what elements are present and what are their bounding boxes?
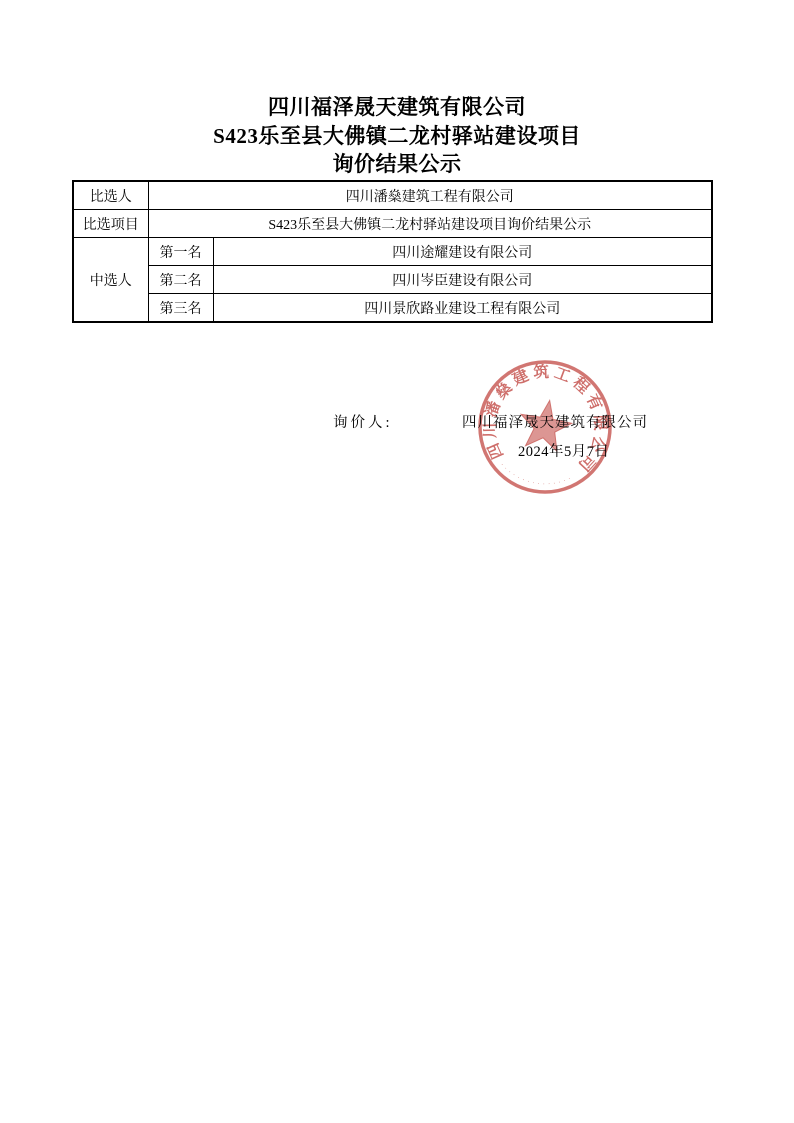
seal-star-icon bbox=[516, 396, 575, 453]
title-line-notice: 询价结果公示 bbox=[0, 150, 794, 179]
table-row-project: 比选项目 S423乐至县大佛镇二龙村驿站建设项目询价结果公示 bbox=[73, 210, 712, 238]
document-page: 四川福泽晟天建筑有限公司 S423乐至县大佛镇二龙村驿站建设项目 询价结果公示 … bbox=[0, 0, 794, 1123]
rank-1-company-cell: 四川途耀建设有限公司 bbox=[213, 238, 712, 266]
table-row-winner-3: 第三名 四川景欣路业建设工程有限公司 bbox=[73, 294, 712, 323]
company-seal: 四川潘燊建筑工程有限公司 ··············· bbox=[470, 352, 620, 502]
table-row-winner-1: 中选人 第一名 四川途耀建设有限公司 bbox=[73, 238, 712, 266]
inquirer-label: 询价人: bbox=[333, 411, 393, 432]
selector-label-cell: 比选人 bbox=[73, 181, 148, 210]
rank-1-cell: 第一名 bbox=[148, 238, 213, 266]
title-line-company: 四川福泽晟天建筑有限公司 bbox=[0, 93, 794, 122]
rank-3-cell: 第三名 bbox=[148, 294, 213, 323]
document-title: 四川福泽晟天建筑有限公司 S423乐至县大佛镇二龙村驿站建设项目 询价结果公示 bbox=[0, 93, 794, 179]
winner-label-cell: 中选人 bbox=[73, 238, 148, 323]
project-label-cell: 比选项目 bbox=[73, 210, 148, 238]
rank-3-company-cell: 四川景欣路业建设工程有限公司 bbox=[213, 294, 712, 323]
title-line-project: S423乐至县大佛镇二龙村驿站建设项目 bbox=[0, 122, 794, 151]
table-row-winner-2: 第二名 四川岑臣建设有限公司 bbox=[73, 266, 712, 294]
rank-2-company-cell: 四川岑臣建设有限公司 bbox=[213, 266, 712, 294]
table-row-selector: 比选人 四川潘燊建筑工程有限公司 bbox=[73, 181, 712, 210]
selector-company-cell: 四川潘燊建筑工程有限公司 bbox=[148, 181, 712, 210]
rank-2-cell: 第二名 bbox=[148, 266, 213, 294]
project-value-cell: S423乐至县大佛镇二龙村驿站建设项目询价结果公示 bbox=[148, 210, 712, 238]
result-table: 比选人 四川潘燊建筑工程有限公司 比选项目 S423乐至县大佛镇二龙村驿站建设项… bbox=[72, 180, 713, 323]
